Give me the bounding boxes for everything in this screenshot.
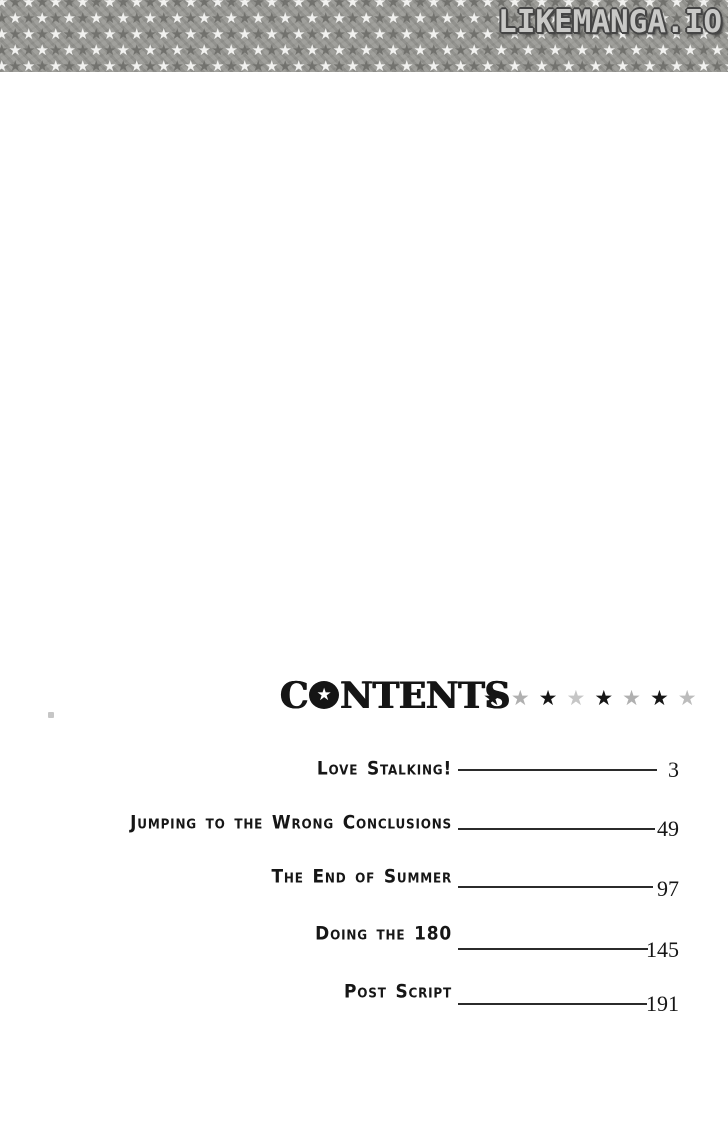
star-icon: ★ bbox=[309, 681, 339, 709]
banner-star-icon: ★ bbox=[211, 27, 224, 42]
banner-star-icon: ★ bbox=[562, 43, 575, 58]
banner-star-icon: ★ bbox=[400, 27, 413, 42]
banner-star-icon: ★ bbox=[211, 43, 224, 58]
banner-star-icon: ★ bbox=[36, 27, 49, 42]
banner-star-icon: ★ bbox=[22, 59, 35, 72]
banner-star-icon: ★ bbox=[360, 59, 373, 72]
banner-star-icon: ★ bbox=[63, 11, 76, 26]
banner-star-icon: ★ bbox=[144, 59, 157, 72]
banner-star-icon: ★ bbox=[265, 27, 278, 42]
banner-star-icon: ★ bbox=[252, 43, 265, 58]
decor-star-icon: ★ bbox=[566, 687, 585, 710]
banner-star-icon: ★ bbox=[252, 11, 265, 26]
chapter-title: Doing the 180 bbox=[315, 922, 452, 946]
banner-star-icon: ★ bbox=[670, 43, 683, 58]
banner-star-icon: ★ bbox=[49, 43, 62, 58]
banner-star-icon: ★ bbox=[157, 43, 170, 58]
chapter-title: Post Script bbox=[344, 980, 452, 1004]
banner-star-icon: ★ bbox=[238, 43, 251, 58]
banner-star-icon: ★ bbox=[36, 43, 49, 58]
banner-star-icon: ★ bbox=[103, 11, 116, 26]
banner-star-icon: ★ bbox=[306, 59, 319, 72]
banner-star-icon: ★ bbox=[468, 59, 481, 72]
banner-star-icon: ★ bbox=[616, 59, 629, 72]
banner-star-icon: ★ bbox=[441, 27, 454, 42]
banner-star-icon: ★ bbox=[225, 43, 238, 58]
banner-star-icon: ★ bbox=[373, 27, 386, 42]
banner-star-icon: ★ bbox=[576, 43, 589, 58]
banner-star-icon: ★ bbox=[9, 43, 22, 58]
banner-star-icon: ★ bbox=[319, 27, 332, 42]
banner-star-icon: ★ bbox=[0, 59, 8, 72]
contents-stars-row: ★★★★★★★★ bbox=[483, 687, 697, 710]
banner-star-icon: ★ bbox=[603, 59, 616, 72]
banner-star-icon: ★ bbox=[643, 59, 656, 72]
banner-star-icon: ★ bbox=[724, 27, 728, 42]
page-number: 49 bbox=[657, 817, 679, 841]
banner-star-icon: ★ bbox=[495, 59, 508, 72]
banner-star-icon: ★ bbox=[508, 59, 521, 72]
banner-star-icon: ★ bbox=[468, 27, 481, 42]
banner-star-icon: ★ bbox=[630, 43, 643, 58]
banner-star-icon: ★ bbox=[117, 59, 130, 72]
banner-star-icon: ★ bbox=[427, 59, 440, 72]
banner-star-icon: ★ bbox=[144, 27, 157, 42]
banner-star-icon: ★ bbox=[22, 11, 35, 26]
banner-star-icon: ★ bbox=[657, 59, 670, 72]
banner-star-icon: ★ bbox=[360, 11, 373, 26]
banner-star-icon: ★ bbox=[427, 43, 440, 58]
banner-star-icon: ★ bbox=[225, 27, 238, 42]
banner-star-icon: ★ bbox=[333, 11, 346, 26]
banner-star-icon: ★ bbox=[481, 11, 494, 26]
decor-star-icon: ★ bbox=[594, 687, 613, 710]
banner-star-icon: ★ bbox=[184, 43, 197, 58]
banner-star-icon: ★ bbox=[198, 27, 211, 42]
banner-star-icon: ★ bbox=[171, 11, 184, 26]
banner-star-icon: ★ bbox=[630, 59, 643, 72]
chapter-title: Love Stalking! bbox=[317, 757, 452, 781]
banner-star-icon: ★ bbox=[346, 27, 359, 42]
banner-star-icon: ★ bbox=[684, 59, 697, 72]
banner-star-icon: ★ bbox=[454, 27, 467, 42]
banner-star-icon: ★ bbox=[36, 11, 49, 26]
banner-star-icon: ★ bbox=[252, 59, 265, 72]
banner-star-icon: ★ bbox=[711, 59, 724, 72]
decor-star-icon: ★ bbox=[511, 687, 530, 710]
leader-line bbox=[458, 1003, 647, 1005]
banner-star-icon: ★ bbox=[90, 11, 103, 26]
banner-star-icon: ★ bbox=[76, 59, 89, 72]
page-number: 191 bbox=[646, 992, 679, 1016]
banner-star-icon: ★ bbox=[0, 43, 8, 58]
banner-star-icon: ★ bbox=[724, 59, 728, 72]
banner-star-icon: ★ bbox=[63, 59, 76, 72]
banner-star-icon: ★ bbox=[279, 43, 292, 58]
decor-star-icon: ★ bbox=[483, 687, 502, 710]
banner-star-icon: ★ bbox=[400, 11, 413, 26]
banner-star-icon: ★ bbox=[360, 43, 373, 58]
banner-star-icon: ★ bbox=[616, 43, 629, 58]
banner-star-icon: ★ bbox=[414, 27, 427, 42]
chapter-row: Love Stalking! 3 bbox=[0, 758, 728, 792]
banner-star-icon: ★ bbox=[211, 59, 224, 72]
banner-star-icon: ★ bbox=[522, 59, 535, 72]
banner-star-icon: ★ bbox=[211, 11, 224, 26]
chapter-row: Doing the 180 145 bbox=[0, 923, 728, 957]
banner-star-icon: ★ bbox=[130, 43, 143, 58]
banner-star-icon: ★ bbox=[711, 43, 724, 58]
banner-star-icon: ★ bbox=[670, 59, 683, 72]
banner-star-icon: ★ bbox=[427, 27, 440, 42]
banner-star-icon: ★ bbox=[184, 27, 197, 42]
banner-star-icon: ★ bbox=[562, 59, 575, 72]
banner-star-icon: ★ bbox=[535, 43, 548, 58]
banner-star-icon: ★ bbox=[319, 43, 332, 58]
banner-star-icon: ★ bbox=[468, 11, 481, 26]
banner-star-icon: ★ bbox=[319, 11, 332, 26]
banner-star-icon: ★ bbox=[589, 59, 602, 72]
banner-star-icon: ★ bbox=[198, 43, 211, 58]
banner-star-icon: ★ bbox=[9, 27, 22, 42]
page-number: 3 bbox=[668, 758, 679, 782]
banner-star-icon: ★ bbox=[63, 43, 76, 58]
banner-star-icon: ★ bbox=[9, 59, 22, 72]
banner-star-icon: ★ bbox=[90, 59, 103, 72]
banner-star-icon: ★ bbox=[9, 11, 22, 26]
banner-star-icon: ★ bbox=[22, 27, 35, 42]
banner-star-icon: ★ bbox=[400, 43, 413, 58]
banner-star-icon: ★ bbox=[279, 27, 292, 42]
decor-star-icon: ★ bbox=[622, 687, 641, 710]
leader-line bbox=[458, 886, 653, 888]
banner-star-icon: ★ bbox=[238, 27, 251, 42]
banner-star-icon: ★ bbox=[306, 43, 319, 58]
banner-star-icon: ★ bbox=[36, 59, 49, 72]
banner-star-icon: ★ bbox=[90, 43, 103, 58]
banner-star-icon: ★ bbox=[144, 11, 157, 26]
banner-star-icon: ★ bbox=[468, 43, 481, 58]
banner-star-icon: ★ bbox=[171, 43, 184, 58]
banner-star-icon: ★ bbox=[481, 59, 494, 72]
banner-star-icon: ★ bbox=[76, 43, 89, 58]
banner-star-icon: ★ bbox=[306, 11, 319, 26]
banner-star-icon: ★ bbox=[306, 27, 319, 42]
banner-star-icon: ★ bbox=[333, 59, 346, 72]
banner-star-icon: ★ bbox=[225, 11, 238, 26]
banner-star-icon: ★ bbox=[697, 43, 710, 58]
page-number: 97 bbox=[657, 877, 679, 901]
banner-star-icon: ★ bbox=[724, 11, 728, 26]
banner-star-icon: ★ bbox=[292, 27, 305, 42]
banner-star-icon: ★ bbox=[684, 43, 697, 58]
banner-star-icon: ★ bbox=[387, 27, 400, 42]
banner-star-icon: ★ bbox=[76, 11, 89, 26]
banner-star-icon: ★ bbox=[414, 43, 427, 58]
banner-star-icon: ★ bbox=[90, 27, 103, 42]
banner-star-icon: ★ bbox=[414, 11, 427, 26]
banner-star-icon: ★ bbox=[454, 59, 467, 72]
banner-star-icon: ★ bbox=[454, 43, 467, 58]
banner-star-icon: ★ bbox=[481, 27, 494, 42]
banner-star-icon: ★ bbox=[117, 11, 130, 26]
banner-star-icon: ★ bbox=[387, 59, 400, 72]
banner-star-icon: ★ bbox=[522, 43, 535, 58]
banner-star-icon: ★ bbox=[319, 59, 332, 72]
banner-star-icon: ★ bbox=[454, 11, 467, 26]
banner-star-icon: ★ bbox=[130, 59, 143, 72]
page-number: 145 bbox=[646, 938, 679, 962]
banner-star-icon: ★ bbox=[171, 59, 184, 72]
banner-star-icon: ★ bbox=[130, 27, 143, 42]
banner-star-icon: ★ bbox=[441, 43, 454, 58]
banner-star-icon: ★ bbox=[103, 59, 116, 72]
banner-star-icon: ★ bbox=[589, 43, 602, 58]
banner-star-icon: ★ bbox=[346, 59, 359, 72]
banner-star-icon: ★ bbox=[373, 59, 386, 72]
banner-star-icon: ★ bbox=[103, 43, 116, 58]
decor-star-icon: ★ bbox=[678, 687, 697, 710]
banner-star-icon: ★ bbox=[76, 27, 89, 42]
banner-star-icon: ★ bbox=[643, 43, 656, 58]
banner-star-icon: ★ bbox=[238, 59, 251, 72]
banner-star-icon: ★ bbox=[0, 27, 8, 42]
chapter-row: Post Script 191 bbox=[0, 981, 728, 1015]
leader-line bbox=[458, 769, 657, 771]
banner-star-icon: ★ bbox=[265, 11, 278, 26]
banner-star-icon: ★ bbox=[103, 27, 116, 42]
banner-star-icon: ★ bbox=[279, 59, 292, 72]
banner-star-icon: ★ bbox=[387, 11, 400, 26]
banner-star-icon: ★ bbox=[171, 27, 184, 42]
banner-star-icon: ★ bbox=[360, 27, 373, 42]
banner-star-icon: ★ bbox=[346, 43, 359, 58]
scan-speck bbox=[48, 712, 54, 718]
banner-star-icon: ★ bbox=[373, 11, 386, 26]
banner-star-icon: ★ bbox=[157, 59, 170, 72]
banner-star-icon: ★ bbox=[184, 11, 197, 26]
banner-star-icon: ★ bbox=[292, 11, 305, 26]
page-title: C★NTENTS bbox=[280, 676, 510, 716]
banner-star-icon: ★ bbox=[49, 59, 62, 72]
banner-star-icon: ★ bbox=[184, 59, 197, 72]
banner-star-icon: ★ bbox=[414, 59, 427, 72]
letter-o-star-icon: ★ bbox=[309, 681, 339, 709]
banner-star-icon: ★ bbox=[427, 11, 440, 26]
banner-star-icon: ★ bbox=[252, 27, 265, 42]
banner-star-icon: ★ bbox=[130, 11, 143, 26]
banner-star-icon: ★ bbox=[441, 11, 454, 26]
banner-star-icon: ★ bbox=[198, 11, 211, 26]
site-watermark: LIKEMANGA.IO bbox=[498, 4, 722, 40]
banner-star-icon: ★ bbox=[157, 27, 170, 42]
banner-star-icon: ★ bbox=[346, 11, 359, 26]
banner-star-icon: ★ bbox=[225, 59, 238, 72]
banner-star-icon: ★ bbox=[508, 43, 521, 58]
banner-star-icon: ★ bbox=[724, 43, 728, 58]
banner-star-icon: ★ bbox=[22, 43, 35, 58]
banner-star-icon: ★ bbox=[292, 43, 305, 58]
chapter-title: The End of Summer bbox=[271, 865, 452, 889]
banner-star-icon: ★ bbox=[117, 27, 130, 42]
banner-star-icon: ★ bbox=[549, 43, 562, 58]
banner-star-icon: ★ bbox=[603, 43, 616, 58]
banner-star-icon: ★ bbox=[292, 59, 305, 72]
banner-star-icon: ★ bbox=[238, 11, 251, 26]
chapter-title: Jumping to the Wrong Conclusions bbox=[130, 811, 452, 835]
banner-star-icon: ★ bbox=[495, 43, 508, 58]
leader-line bbox=[458, 828, 655, 830]
decor-star-icon: ★ bbox=[539, 687, 558, 710]
banner-star-icon: ★ bbox=[657, 43, 670, 58]
banner-star-icon: ★ bbox=[333, 43, 346, 58]
page-title-c: C bbox=[280, 675, 308, 717]
banner-star-icon: ★ bbox=[157, 11, 170, 26]
leader-line bbox=[458, 948, 648, 950]
banner-star-icon: ★ bbox=[144, 43, 157, 58]
banner-star-icon: ★ bbox=[373, 43, 386, 58]
decor-star-icon: ★ bbox=[650, 687, 669, 710]
banner-star-icon: ★ bbox=[117, 43, 130, 58]
banner-star-icon: ★ bbox=[387, 43, 400, 58]
banner-star-icon: ★ bbox=[265, 59, 278, 72]
banner-star-icon: ★ bbox=[576, 59, 589, 72]
banner-star-icon: ★ bbox=[49, 27, 62, 42]
chapter-row: Jumping to the Wrong Conclusions 49 bbox=[0, 812, 728, 846]
banner-star-icon: ★ bbox=[333, 27, 346, 42]
banner-star-icon: ★ bbox=[0, 11, 8, 26]
banner-star-icon: ★ bbox=[279, 11, 292, 26]
banner-star-icon: ★ bbox=[535, 59, 548, 72]
banner-star-icon: ★ bbox=[49, 11, 62, 26]
banner-star-icon: ★ bbox=[481, 43, 494, 58]
banner-star-icon: ★ bbox=[198, 59, 211, 72]
chapter-row: The End of Summer 97 bbox=[0, 866, 728, 900]
banner-star-icon: ★ bbox=[400, 59, 413, 72]
banner-star-icon: ★ bbox=[63, 27, 76, 42]
banner-star-icon: ★ bbox=[265, 43, 278, 58]
banner-star-icon: ★ bbox=[549, 59, 562, 72]
banner-star-icon: ★ bbox=[441, 59, 454, 72]
banner-star-icon: ★ bbox=[697, 59, 710, 72]
